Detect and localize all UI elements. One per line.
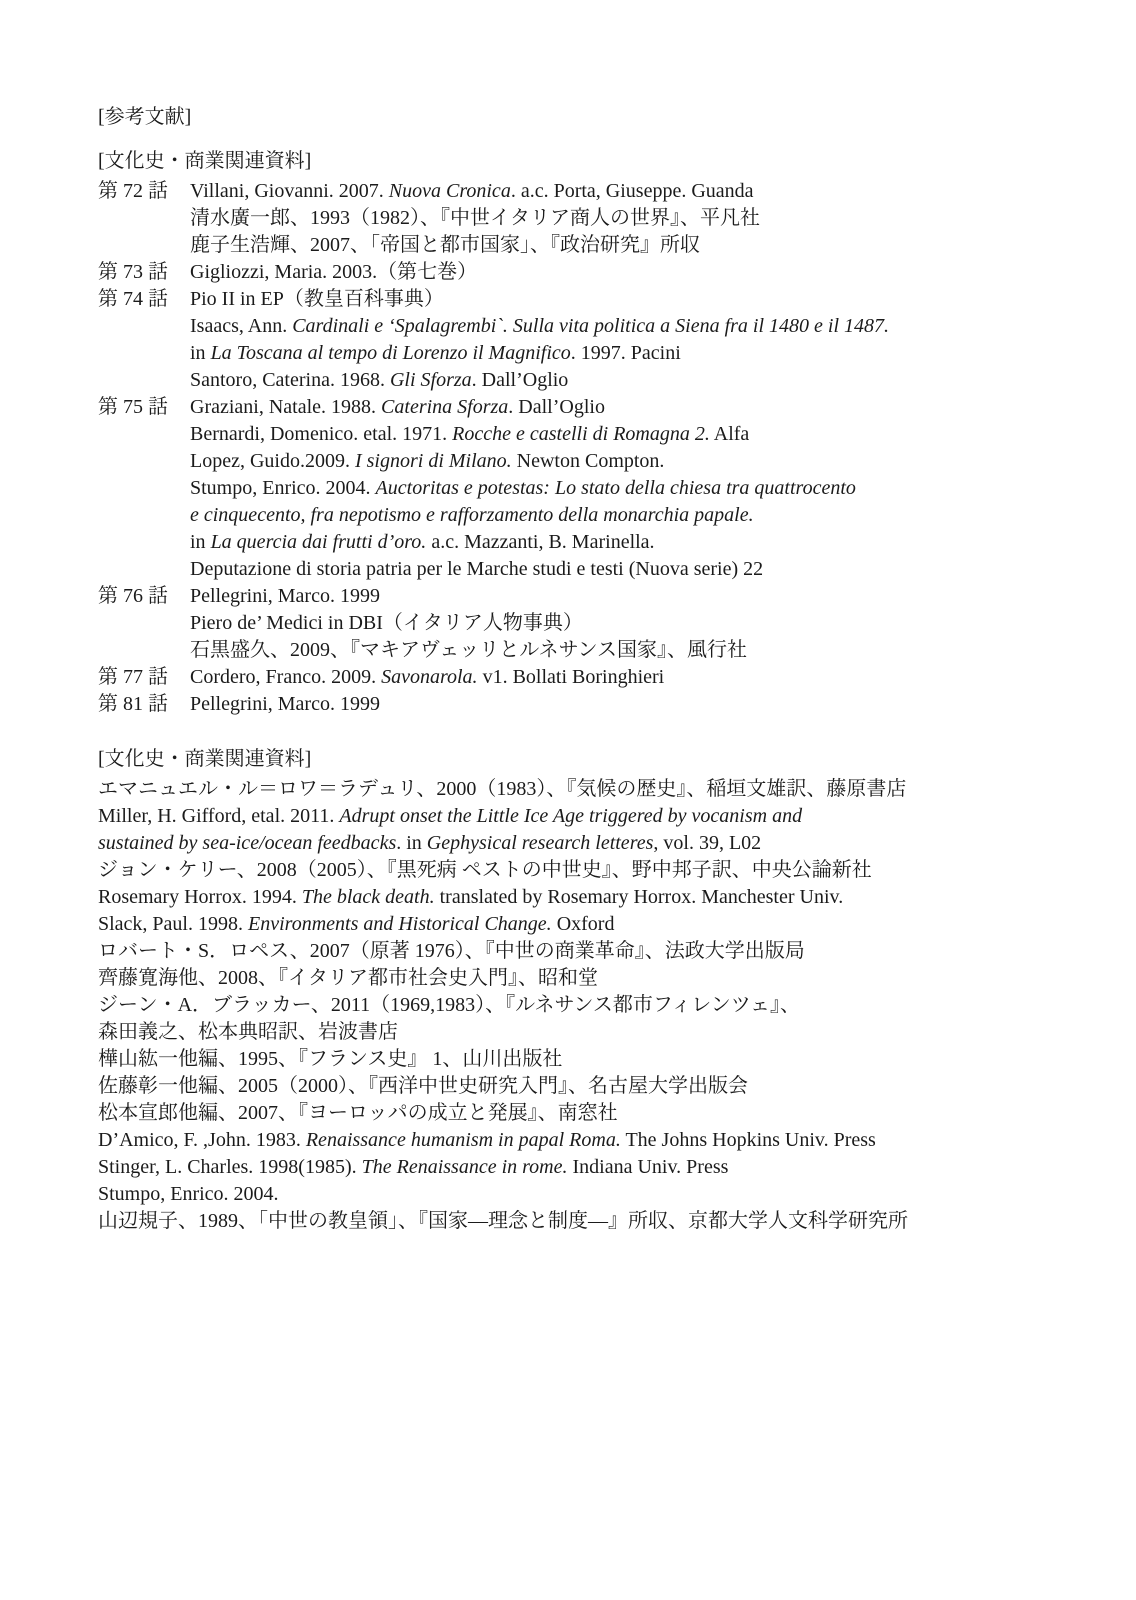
reference-line: Villani, Giovanni. 2007. Nuova Cronica. … — [190, 178, 1112, 205]
reference-section: [文化史・商業関連資料]エマニュエル・ル＝ロワ＝ラデュリ、2000（1983）、… — [98, 746, 1112, 1235]
text-run: Santoro, Caterina. 1968. — [190, 369, 390, 391]
text-run: 松本宣郎他編、2007、『ヨーロッパの成立と発展』、南窓社 — [98, 1102, 618, 1124]
reference-line: sustained by sea-ice/ocean feedbacks. in… — [98, 830, 1112, 857]
reference-entry: 第 73 話Gigliozzi, Maria. 2003.（第七巻） — [98, 259, 1112, 286]
italic-text-run: Gephysical research letteres — [427, 832, 654, 854]
text-run: . Dall’Oglio — [508, 396, 605, 418]
italic-text-run: La Toscana al tempo di Lorenzo il Magnif… — [211, 342, 571, 364]
text-run: Villani, Giovanni. 2007. — [190, 180, 389, 202]
episode-label: 第 77 話 — [98, 664, 190, 691]
reference-line: in La Toscana al tempo di Lorenzo il Mag… — [190, 340, 1112, 367]
text-run: Alfa — [710, 423, 749, 445]
italic-text-run: The Renaissance in rome. — [362, 1156, 568, 1178]
text-run: Bernardi, Domenico. etal. 1971. — [190, 423, 452, 445]
episode-label: 第 72 話 — [98, 178, 190, 205]
entry-lines: Villani, Giovanni. 2007. Nuova Cronica. … — [190, 178, 1112, 259]
entry-lines: Pellegrini, Marco. 1999Piero de’ Medici … — [190, 583, 1112, 664]
italic-text-run: Cardinali e ‘Spalagrembi`. Sulla vita po… — [292, 315, 889, 337]
episode-label: 第 76 話 — [98, 583, 190, 610]
reference-entry: 第 75 話Graziani, Natale. 1988. Caterina S… — [98, 394, 1112, 583]
entry-lines: Pellegrini, Marco. 1999 — [190, 691, 1112, 718]
text-run: Stumpo, Enrico. 2004. — [98, 1183, 279, 1205]
reference-line: Santoro, Caterina. 1968. Gli Sforza. Dal… — [190, 367, 1112, 394]
reference-line: Rosemary Horrox. 1994. The black death. … — [98, 884, 1112, 911]
reference-entry: 第 72 話Villani, Giovanni. 2007. Nuova Cro… — [98, 178, 1112, 259]
text-run: Deputazione di storia patria per le Marc… — [190, 558, 763, 580]
reference-line: Bernardi, Domenico. etal. 1971. Rocche e… — [190, 421, 1112, 448]
italic-text-run: La quercia dai frutti d’oro. — [211, 531, 427, 553]
italic-text-run: Environments and Historical Change. — [248, 913, 552, 935]
italic-text-run: The black death. — [302, 886, 435, 908]
text-run: Miller, H. Gifford, etal. 2011. — [98, 805, 339, 827]
reference-line: Piero de’ Medici in DBI（イタリア人物事典） — [190, 610, 1112, 637]
reference-line: 鹿子生浩輝、2007、「帝国と都市国家」、『政治研究』所収 — [190, 232, 1112, 259]
reference-line: 松本宣郎他編、2007、『ヨーロッパの成立と発展』、南窓社 — [98, 1100, 1112, 1127]
episode-label: 第 73 話 — [98, 259, 190, 286]
text-run: Slack, Paul. 1998. — [98, 913, 248, 935]
italic-text-run: e cinquecento, fra nepotismo e rafforzam… — [190, 504, 754, 526]
reference-line: 樺山紘一他編、1995、『フランス史』 1、山川出版社 — [98, 1046, 1112, 1073]
entry-lines: Gigliozzi, Maria. 2003.（第七巻） — [190, 259, 1112, 286]
section-header: [文化史・商業関連資料] — [98, 148, 1112, 175]
text-run: Lopez, Guido.2009. — [190, 450, 355, 472]
text-run: 石黒盛久、2009、『マキアヴェッリとルネサンス国家』、風行社 — [190, 639, 747, 661]
text-run: 清水廣一郎、1993（1982）、『中世イタリア商人の世界』、平凡社 — [190, 207, 760, 229]
reference-line: D’Amico, F. ,John. 1983. Renaissance hum… — [98, 1127, 1112, 1154]
episode-label: 第 75 話 — [98, 394, 190, 421]
reference-line: ジーン・A．ブラッカー、2011（1969,1983）、『ルネサンス都市フィレン… — [98, 992, 1112, 1019]
italic-text-run: I signori di Milano. — [355, 450, 512, 472]
reference-line: 佐藤彰一他編、2005（2000）、『西洋中世史研究入門』、名古屋大学出版会 — [98, 1073, 1112, 1100]
italic-text-run: Caterina Sforza — [381, 396, 508, 418]
entry-lines: エマニュエル・ル＝ロワ＝ラデュリ、2000（1983）、『気候の歴史』、稲垣文雄… — [98, 776, 1112, 1235]
text-run: translated by Rosemary Horrox. Mancheste… — [435, 886, 844, 908]
text-run: . 1997. Pacini — [571, 342, 681, 364]
italic-text-run: sustained by sea-ice/ocean feedbacks — [98, 832, 396, 854]
reference-line: Graziani, Natale. 1988. Caterina Sforza.… — [190, 394, 1112, 421]
text-run: , vol. 39, L02 — [653, 832, 761, 854]
reference-entry: 第 77 話Cordero, Franco. 2009. Savonarola.… — [98, 664, 1112, 691]
reference-entry: 第 76 話Pellegrini, Marco. 1999Piero de’ M… — [98, 583, 1112, 664]
text-run: Gigliozzi, Maria. 2003.（第七巻） — [190, 261, 477, 283]
entry-lines: Graziani, Natale. 1988. Caterina Sforza.… — [190, 394, 1112, 583]
text-run: Oxford — [552, 913, 615, 935]
reference-line: Stumpo, Enrico. 2004. — [98, 1181, 1112, 1208]
text-run: Rosemary Horrox. 1994. — [98, 886, 302, 908]
reference-line: ジョン・ケリー、2008（2005）、『黒死病 ペストの中世史』、野中邦子訳、中… — [98, 857, 1112, 884]
entry-lines: Cordero, Franco. 2009. Savonarola. v1. B… — [190, 664, 1112, 691]
reference-entry: エマニュエル・ル＝ロワ＝ラデュリ、2000（1983）、『気候の歴史』、稲垣文雄… — [98, 776, 1112, 1235]
reference-line: e cinquecento, fra nepotismo e rafforzam… — [190, 502, 1112, 529]
document-page: [参考文献] [文化史・商業関連資料]第 72 話Villani, Giovan… — [0, 0, 1136, 1600]
text-run: ロバート・S．ロペス、2007（原著 1976）、『中世の商業革命』、法政大学出… — [98, 940, 805, 962]
text-run: Pellegrini, Marco. 1999 — [190, 693, 380, 715]
text-run: Piero de’ Medici in DBI（イタリア人物事典） — [190, 612, 583, 634]
sections-container: [文化史・商業関連資料]第 72 話Villani, Giovanni. 200… — [98, 148, 1112, 1235]
text-run: ジョン・ケリー、2008（2005）、『黒死病 ペストの中世史』、野中邦子訳、中… — [98, 859, 872, 881]
reference-line: 森田義之、松本典昭訳、岩波書店 — [98, 1019, 1112, 1046]
italic-text-run: Savonarola. — [381, 666, 477, 688]
text-run: エマニュエル・ル＝ロワ＝ラデュリ、2000（1983）、『気候の歴史』、稲垣文雄… — [98, 778, 906, 800]
reference-line: Pio II in EP（教皇百科事典） — [190, 286, 1112, 313]
reference-line: 山辺規子、1989、「中世の教皇領」、『国家―理念と制度―』所収、京都大学人文科… — [98, 1208, 1112, 1235]
reference-section: [文化史・商業関連資料]第 72 話Villani, Giovanni. 200… — [98, 148, 1112, 718]
reference-line: Deputazione di storia patria per le Marc… — [190, 556, 1112, 583]
reference-line: Stinger, L. Charles. 1998(1985). The Ren… — [98, 1154, 1112, 1181]
text-run: Newton Compton. — [512, 450, 665, 472]
italic-text-run: Rocche e castelli di Romagna 2. — [452, 423, 710, 445]
reference-line: Lopez, Guido.2009. I signori di Milano. … — [190, 448, 1112, 475]
text-run: 山辺規子、1989、「中世の教皇領」、『国家―理念と制度―』所収、京都大学人文科… — [98, 1210, 908, 1232]
reference-line: Miller, H. Gifford, etal. 2011. Adrupt o… — [98, 803, 1112, 830]
reference-line: in La quercia dai frutti d’oro. a.c. Maz… — [190, 529, 1112, 556]
text-run: Stumpo, Enrico. 2004. — [190, 477, 376, 499]
reference-line: エマニュエル・ル＝ロワ＝ラデュリ、2000（1983）、『気候の歴史』、稲垣文雄… — [98, 776, 1112, 803]
reference-line: Gigliozzi, Maria. 2003.（第七巻） — [190, 259, 1112, 286]
episode-label: 第 74 話 — [98, 286, 190, 313]
text-run: Graziani, Natale. 1988. — [190, 396, 381, 418]
page-content: [参考文献] [文化史・商業関連資料]第 72 話Villani, Giovan… — [0, 0, 1136, 1235]
text-run: in — [190, 531, 211, 553]
entry-lines: Pio II in EP（教皇百科事典）Isaacs, Ann. Cardina… — [190, 286, 1112, 394]
reference-line: Pellegrini, Marco. 1999 — [190, 691, 1112, 718]
text-run: ジーン・A．ブラッカー、2011（1969,1983）、『ルネサンス都市フィレン… — [98, 994, 800, 1016]
text-run: v1. Bollati Boringhieri — [478, 666, 665, 688]
text-run: Pio II in EP（教皇百科事典） — [190, 288, 444, 310]
text-run: a.c. Mazzanti, B. Marinella. — [426, 531, 654, 553]
text-run: Stinger, L. Charles. 1998(1985). — [98, 1156, 362, 1178]
text-run: Cordero, Franco. 2009. — [190, 666, 381, 688]
text-run: . in — [396, 832, 427, 854]
text-run: in — [190, 342, 211, 364]
italic-text-run: Renaissance humanism in papal Roma. — [306, 1129, 621, 1151]
text-run: 鹿子生浩輝、2007、「帝国と都市国家」、『政治研究』所収 — [190, 234, 700, 256]
text-run: Indiana Univ. Press — [568, 1156, 729, 1178]
reference-line: 清水廣一郎、1993（1982）、『中世イタリア商人の世界』、平凡社 — [190, 205, 1112, 232]
text-run: 佐藤彰一他編、2005（2000）、『西洋中世史研究入門』、名古屋大学出版会 — [98, 1075, 748, 1097]
episode-label: 第 81 話 — [98, 691, 190, 718]
text-run: Pellegrini, Marco. 1999 — [190, 585, 380, 607]
section-header: [文化史・商業関連資料] — [98, 746, 1112, 773]
text-run: . Dall’Oglio — [472, 369, 569, 391]
reference-line: Slack, Paul. 1998. Environments and Hist… — [98, 911, 1112, 938]
text-run: 森田義之、松本典昭訳、岩波書店 — [98, 1021, 398, 1043]
reference-line: Pellegrini, Marco. 1999 — [190, 583, 1112, 610]
text-run: 齊藤寛海他、2008、『イタリア都市社会史入門』、昭和堂 — [98, 967, 598, 989]
reference-line: ロバート・S．ロペス、2007（原著 1976）、『中世の商業革命』、法政大学出… — [98, 938, 1112, 965]
italic-text-run: Gli Sforza — [390, 369, 472, 391]
text-run: The Johns Hopkins Univ. Press — [621, 1129, 876, 1151]
text-run: . a.c. Porta, Giuseppe. Guanda — [511, 180, 754, 202]
reference-line: 齊藤寛海他、2008、『イタリア都市社会史入門』、昭和堂 — [98, 965, 1112, 992]
reference-line: 石黒盛久、2009、『マキアヴェッリとルネサンス国家』、風行社 — [190, 637, 1112, 664]
page-title: [参考文献] — [98, 104, 1112, 131]
reference-entry: 第 74 話Pio II in EP（教皇百科事典）Isaacs, Ann. C… — [98, 286, 1112, 394]
italic-text-run: Auctoritas e potestas: Lo stato della ch… — [376, 477, 856, 499]
italic-text-run: Nuova Cronica — [389, 180, 511, 202]
text-run: Isaacs, Ann. — [190, 315, 292, 337]
italic-text-run: Adrupt onset the Little Ice Age triggere… — [339, 805, 802, 827]
text-run: 樺山紘一他編、1995、『フランス史』 1、山川出版社 — [98, 1048, 562, 1070]
reference-line: Cordero, Franco. 2009. Savonarola. v1. B… — [190, 664, 1112, 691]
reference-line: Isaacs, Ann. Cardinali e ‘Spalagrembi`. … — [190, 313, 1112, 340]
reference-line: Stumpo, Enrico. 2004. Auctoritas e potes… — [190, 475, 1112, 502]
text-run: D’Amico, F. ,John. 1983. — [98, 1129, 306, 1151]
reference-entry: 第 81 話Pellegrini, Marco. 1999 — [98, 691, 1112, 718]
